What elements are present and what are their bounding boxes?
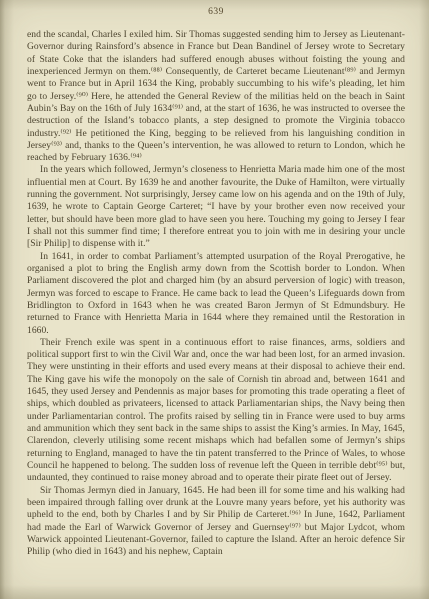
page-number: 639 xyxy=(27,7,405,17)
paragraph-1641-plot: In 1641, in order to combat Parliament’s… xyxy=(27,251,405,337)
paragraph-sir-thomas-death: Sir Thomas Jermyn died in January, 1645.… xyxy=(27,485,405,559)
text-block: end the scandal, Charles I exiled him. S… xyxy=(27,29,405,558)
paragraph-french-exile: Their French exile was spent in a contin… xyxy=(27,337,405,485)
paragraph-continuation: end the scandal, Charles I exiled him. S… xyxy=(27,29,405,164)
paragraph-years-which-followed: In the years which followed, Jermyn’s cl… xyxy=(27,164,405,250)
book-page: 639 end the scandal, Charles I exiled hi… xyxy=(0,0,429,599)
